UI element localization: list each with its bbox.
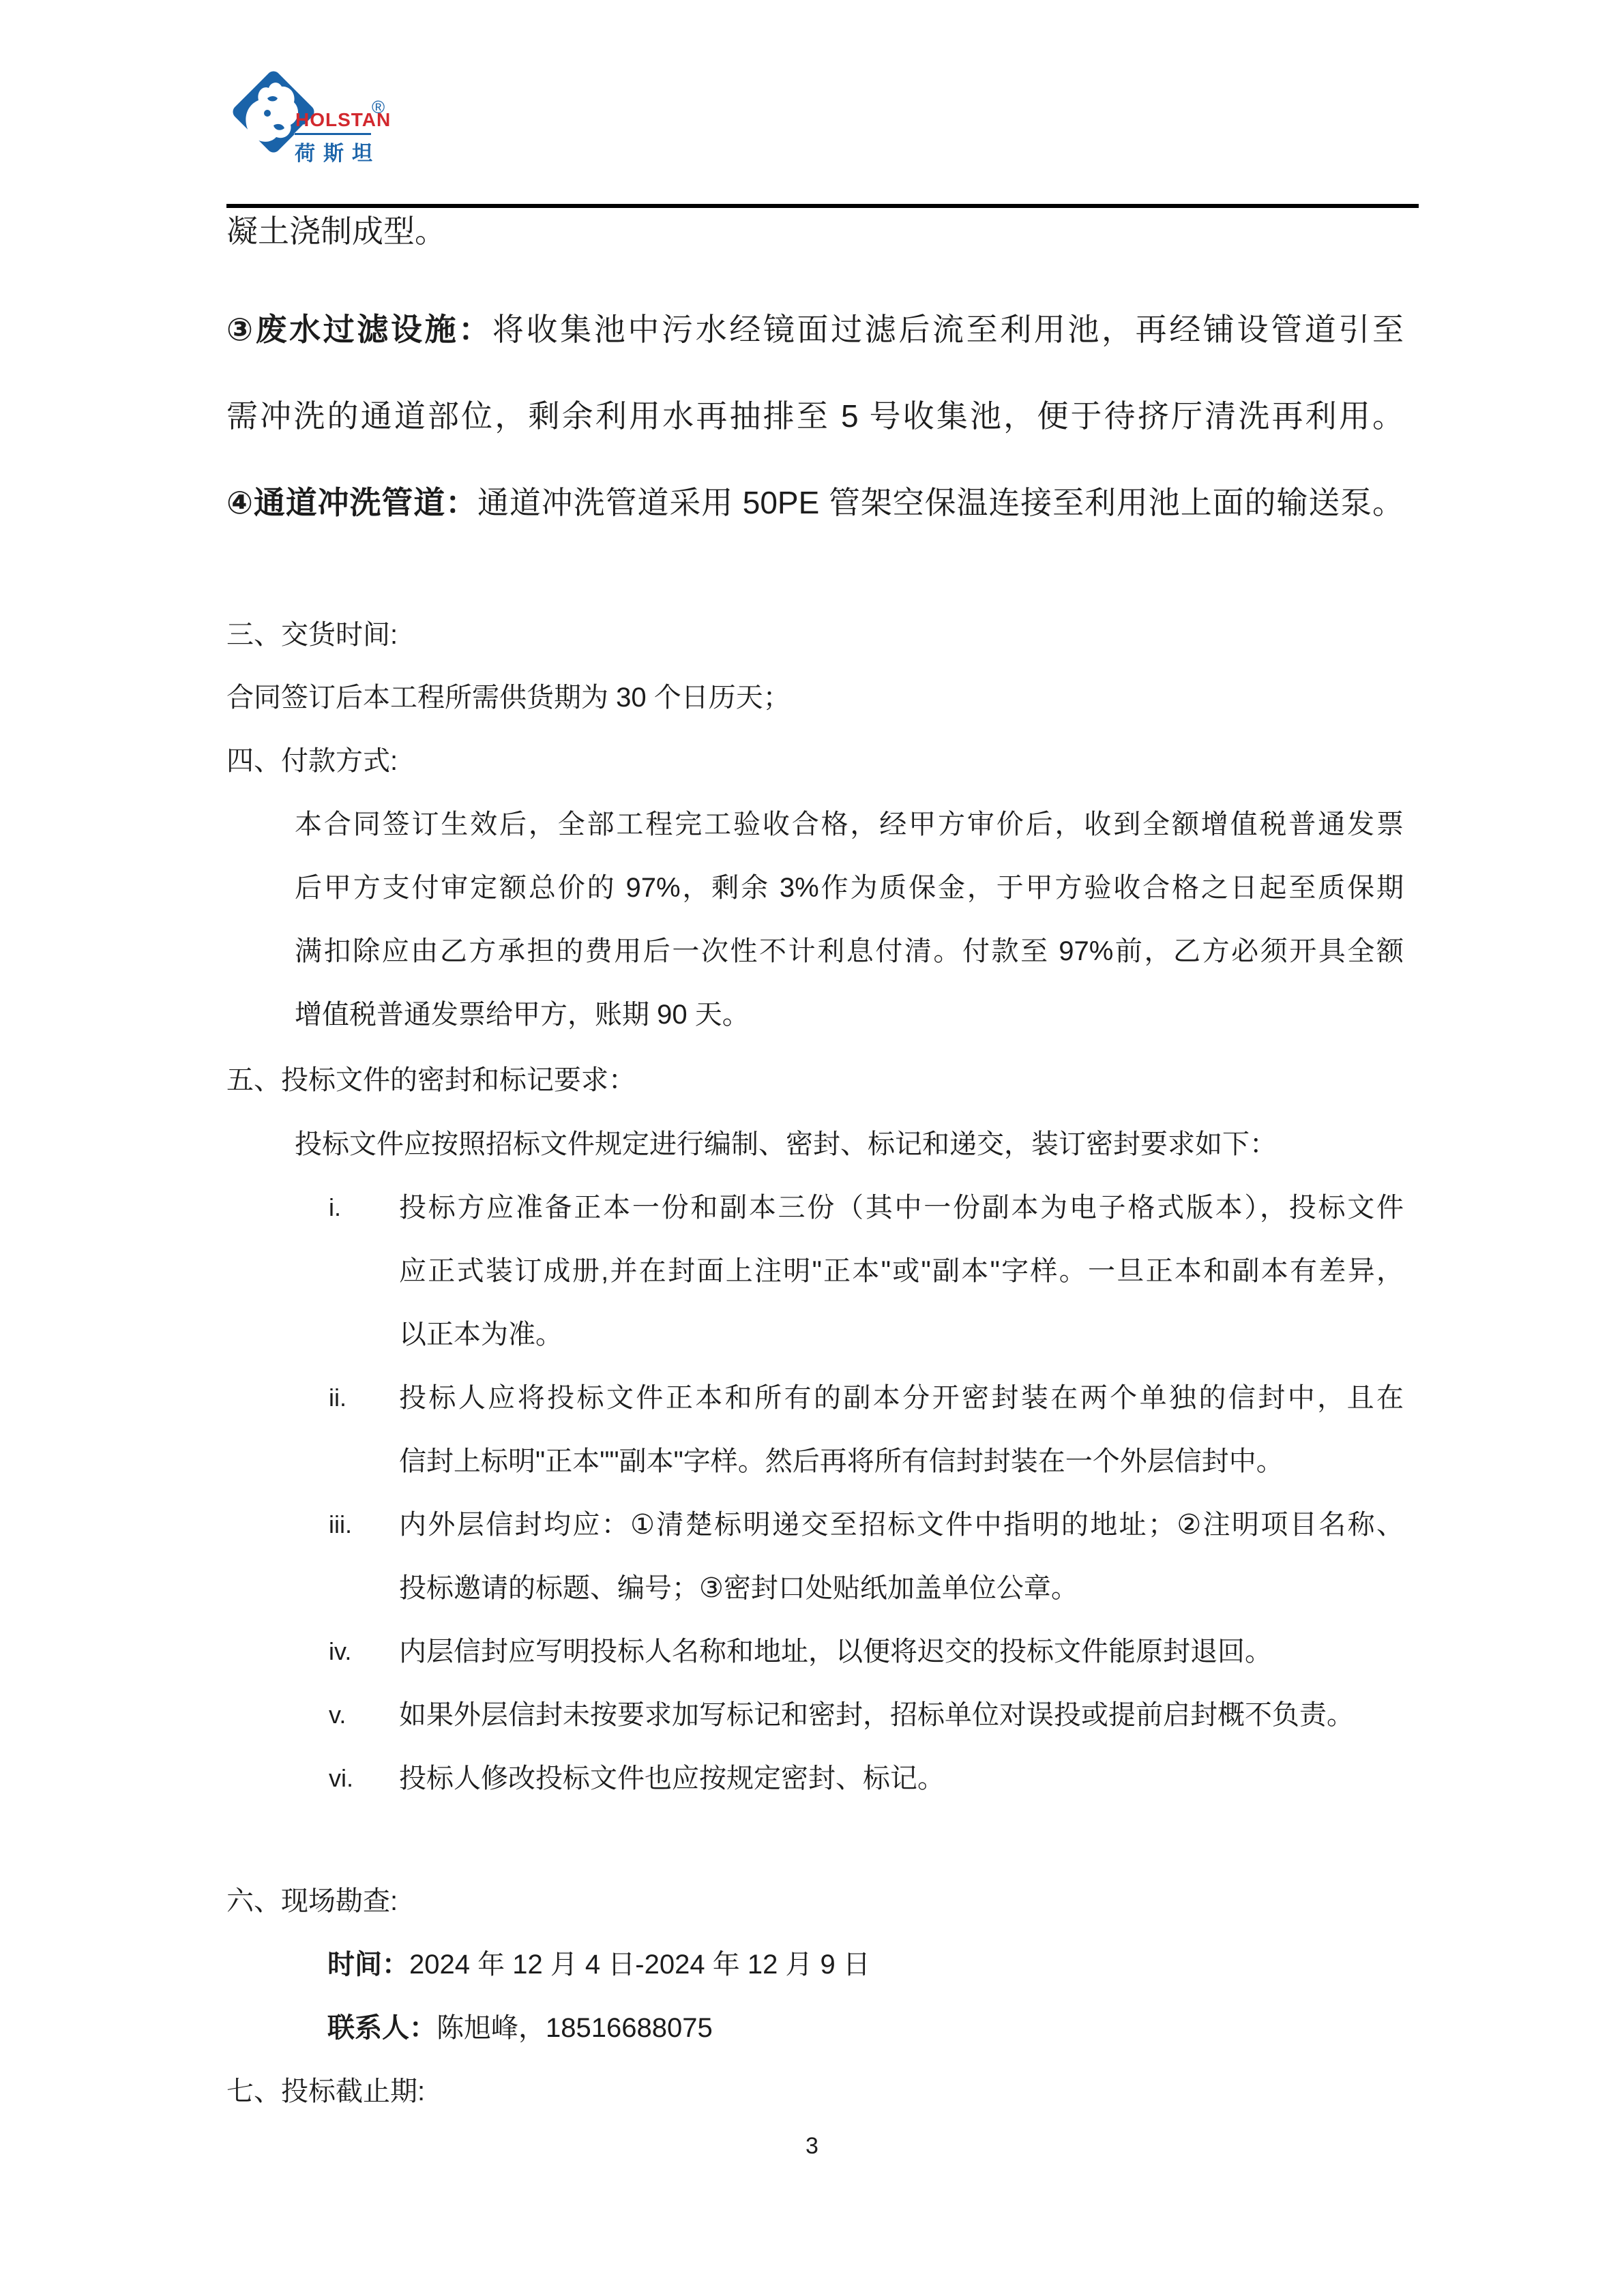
list-item-text: 投标邀请的标题、编号；③密封口处贴纸加盖单位公章。 — [226, 1569, 1404, 1607]
para3-line1: ③废水过滤设施：将收集池中污水经镜面过滤后流至利用池，再经铺设管道引至 — [226, 308, 1404, 351]
document-page: ® HOLSTAN 荷斯坦 凝土浇制成型。 ③废水过滤设施：将收集池中污水经镜面… — [0, 0, 1624, 2296]
section4-title: 四、付款方式: — [226, 742, 1404, 780]
list-item-text: 以正本为准。 — [226, 1315, 1404, 1354]
section6-title: 六、现场勘查: — [226, 1882, 1404, 1920]
section3-body: 合同签订后本工程所需供货期为 30 个日历天； — [226, 679, 1404, 717]
section4-line: 后甲方支付审定额总价的 97%，剩余 3%作为质保金，于甲方验收合格之日起至质保… — [226, 869, 1404, 907]
intro-line: 凝土浇制成型。 — [226, 210, 1404, 252]
section4-line: 增值税普通发票给甲方，账期 90 天。 — [226, 996, 1404, 1034]
section6-contact-line: 联系人：陈旭峰，18516688075 — [226, 2009, 1404, 2047]
contact-label: 联系人： — [327, 2013, 437, 2043]
section3-title: 三、交货时间: — [226, 616, 1404, 654]
header-rule — [226, 204, 1419, 208]
section7-title: 七、投标截止期: — [226, 2072, 1404, 2111]
section5-intro: 投标文件应按照招标文件规定进行编制、密封、标记和递交，装订密封要求如下： — [226, 1125, 1404, 1163]
section4-line: 本合同签订生效后，全部工程完工验收合格，经甲方审价后，收到全额增值税普通发票 — [226, 805, 1404, 844]
logo-brand-cn: 荷斯坦 — [295, 136, 381, 166]
logo-brand-en: HOLSTAN — [295, 109, 391, 131]
para4-label: ④通道冲洗管道： — [226, 485, 477, 520]
section5-title: 五、投标文件的密封和标记要求： — [226, 1061, 1404, 1099]
contact-value: 陈旭峰，18516688075 — [437, 2013, 713, 2043]
section4-line: 满扣除应由乙方承担的费用后一次性不计利息付清。付款至 97%前，乙方必须开具全额 — [226, 932, 1404, 970]
list-item-text: 应正式装订成册,并在封面上注明"正本"或"副本"字样。一旦正本和副本有差异， — [226, 1252, 1404, 1290]
logo-underline — [295, 133, 371, 135]
para3-text1: 将收集池中污水经镜面过滤后流至利用池，再经铺设管道引至 — [492, 312, 1404, 347]
para3-line2: 需冲洗的通道部位，剩余利用水再抽排至 5 号收集池，便于待挤厅清洗再利用。 — [226, 395, 1404, 437]
list-item-text: 信封上标明"正本""副本"字样。然后再将所有信封封装在一个外层信封中。 — [226, 1442, 1404, 1480]
para3-label: ③废水过滤设施： — [226, 312, 492, 347]
time-value: 2024 年 12 月 4 日-2024 年 12 月 9 日 — [409, 1950, 870, 1980]
list-item-text: 投标人修改投标文件也应按规定密封、标记。 — [226, 1759, 1404, 1798]
list-item-text: 如果外层信封未按要求加写标记和密封，招标单位对误投或提前启封概不负责。 — [226, 1696, 1404, 1734]
page-number: 3 — [0, 2133, 1624, 2160]
para4-text: 通道冲洗管道采用 50PE 管架空保温连接至利用池上面的输送泵。 — [477, 485, 1404, 520]
time-label: 时间： — [327, 1950, 409, 1980]
section6-time-line: 时间：2024 年 12 月 4 日-2024 年 12 月 9 日 — [226, 1945, 1404, 1984]
list-item-text: 投标人应将投标文件正本和所有的副本分开密封装在两个单独的信封中，且在 — [226, 1379, 1404, 1417]
para4-line: ④通道冲洗管道：通道冲洗管道采用 50PE 管架空保温连接至利用池上面的输送泵。 — [226, 481, 1404, 524]
list-item-text: 内层信封应写明投标人名称和地址，以便将迟交的投标文件能原封退回。 — [226, 1632, 1404, 1671]
holstan-logo: ® HOLSTAN 荷斯坦 — [228, 67, 433, 193]
list-item-text: 投标方应准备正本一份和副本三份（其中一份副本为电子格式版本），投标文件 — [226, 1189, 1404, 1227]
list-item-text: 内外层信封均应：①清楚标明递交至招标文件中指明的地址；②注明项目名称、 — [226, 1506, 1404, 1544]
